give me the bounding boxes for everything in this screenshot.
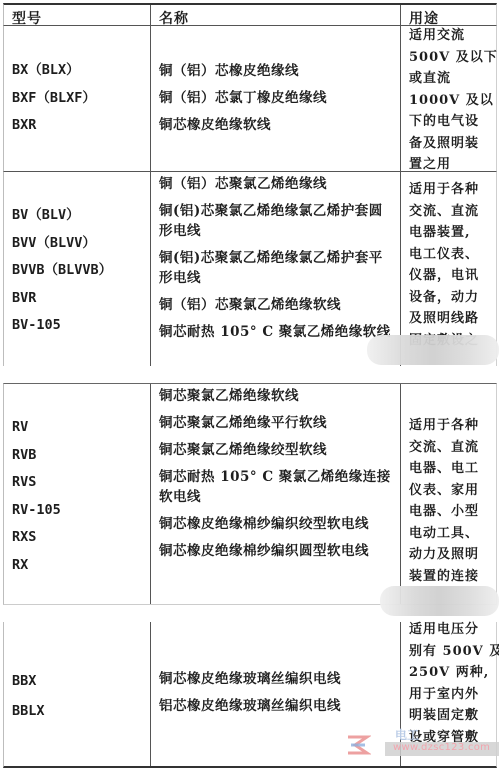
name-item: 铜(铝)芯聚氯乙烯绝缘氯乙烯护套圆形电线 bbox=[159, 201, 396, 241]
model-item: RVB bbox=[12, 442, 61, 470]
model-list: BV（BLV） BVV（BLVV） BVVB（BLVVB） BVR BV-105 bbox=[12, 202, 112, 340]
watermark-cn-text: 电工 bbox=[395, 726, 419, 743]
header-cell-model: 型号 bbox=[4, 5, 150, 25]
name-cell: 铜（铝）芯橡皮绝缘线 铜（铝）芯氯丁橡皮绝缘线 铜芯橡皮绝缘软线 bbox=[150, 26, 400, 171]
model-list: BX（BLX） BXF（BLXF） BXR bbox=[12, 57, 96, 140]
name-item: 铜（铝）芯氯丁橡皮绝缘线 bbox=[159, 88, 396, 108]
model-item: RV-105 bbox=[12, 497, 61, 525]
model-item: BXF（BLXF） bbox=[12, 85, 96, 113]
redaction-blur bbox=[380, 586, 499, 616]
model-cell: BX（BLX） BXF（BLXF） BXR bbox=[4, 26, 150, 171]
model-cell: BV（BLV） BVV（BLVV） BVVB（BLVVB） BVR BV-105 bbox=[4, 172, 150, 366]
name-item: 铜芯聚氯乙烯绝缘绞型软线 bbox=[159, 440, 396, 460]
name-item: 铝芯橡皮绝缘玻璃丝编织电线 bbox=[159, 696, 396, 716]
model-item: RVS bbox=[12, 469, 61, 497]
name-list: 铜芯橡皮绝缘玻璃丝编织电线 铝芯橡皮绝缘玻璃丝编织电线 bbox=[159, 669, 396, 723]
name-cell: 铜（铝）芯聚氯乙烯绝缘线 铜(铝)芯聚氯乙烯绝缘氯乙烯护套圆形电线 铜(铝)芯聚… bbox=[150, 172, 400, 366]
name-item: 铜（铝）芯聚氯乙烯绝缘线 bbox=[159, 174, 396, 194]
model-cell: RV RVB RVS RV-105 RXS RX bbox=[4, 384, 150, 604]
model-item: BXR bbox=[12, 112, 96, 140]
usage-cell: 适用交流 500V 及以下 或直流 1000V 及以 下的电气设 备及照明装 置… bbox=[400, 26, 496, 171]
name-item: 铜（铝）芯聚氯乙烯绝缘软线 bbox=[159, 295, 396, 315]
name-item: 铜芯耐热 105° C 聚氯乙烯绝缘连接软电线 bbox=[159, 467, 396, 507]
name-cell: 铜芯聚氯乙烯绝缘软线 铜芯聚氯乙烯绝缘平行软线 铜芯聚氯乙烯绝缘绞型软线 铜芯耐… bbox=[150, 384, 400, 604]
model-cell: BBX BBLX bbox=[4, 622, 150, 766]
model-item: RXS bbox=[12, 524, 61, 552]
watermark-url: www.dzsc123.com bbox=[393, 742, 490, 753]
model-item: RX bbox=[12, 552, 61, 580]
usage-text: 适用于各种 交流、直流 电器装置, 电工仪表、 仪器，电讯 设备，动力 及照明线… bbox=[409, 179, 494, 351]
model-list: BBX BBLX bbox=[12, 666, 45, 726]
model-item: BVVB（BLVVB） bbox=[12, 257, 112, 285]
table-row-group-rv: RV RVB RVS RV-105 RXS RX 铜芯聚氯乙烯绝缘软线 铜芯聚氯… bbox=[3, 383, 497, 605]
model-item: RV bbox=[12, 414, 61, 442]
header-cell-usage: 用途 bbox=[400, 5, 496, 25]
model-list: RV RVB RVS RV-105 RXS RX bbox=[12, 414, 61, 579]
name-item: 铜芯聚氯乙烯绝缘软线 bbox=[159, 386, 396, 406]
name-item: 铜芯橡皮绝缘棉纱编织绞型软电线 bbox=[159, 514, 396, 534]
model-item: BVV（BLVV） bbox=[12, 230, 112, 258]
name-item: 铜芯橡皮绝缘棉纱编织圆型软电线 bbox=[159, 541, 396, 561]
name-item: 铜芯耐热 105° C 聚氯乙烯绝缘软线 bbox=[159, 322, 396, 342]
usage-text: 适用电压分 别有 500V 及 250V 两种, 用于室内外 明装固定敷 设或穿… bbox=[409, 619, 494, 748]
watermark-logo-icon bbox=[345, 732, 371, 758]
model-item: BV-105 bbox=[12, 312, 112, 340]
model-item: BBLX bbox=[12, 696, 45, 726]
usage-text: 适用于各种 交流、直流 电器、电工 仪表、家用 电器、小型 电动工具、 动力及照… bbox=[409, 415, 494, 587]
name-list: 铜（铝）芯聚氯乙烯绝缘线 铜(铝)芯聚氯乙烯绝缘氯乙烯护套圆形电线 铜(铝)芯聚… bbox=[159, 174, 396, 349]
table-header-row: 型号 名称 用途 bbox=[3, 3, 497, 26]
model-item: BVR bbox=[12, 285, 112, 313]
name-list: 铜芯聚氯乙烯绝缘软线 铜芯聚氯乙烯绝缘平行软线 铜芯聚氯乙烯绝缘绞型软线 铜芯耐… bbox=[159, 386, 396, 568]
table-row-group-bx: BX（BLX） BXF（BLXF） BXR 铜（铝）芯橡皮绝缘线 铜（铝）芯氯丁… bbox=[3, 26, 497, 172]
site-watermark: 电工 www.dzsc123.com bbox=[345, 732, 499, 762]
redaction-blur bbox=[367, 335, 499, 365]
header-model-label: 型号 bbox=[12, 8, 42, 28]
usage-text: 适用交流 500V 及以下 或直流 1000V 及以 下的电气设 备及照明装 置… bbox=[409, 25, 494, 176]
name-item: 铜芯橡皮绝缘软线 bbox=[159, 115, 396, 135]
name-item: 铜(铝)芯聚氯乙烯绝缘氯乙烯护套平形电线 bbox=[159, 248, 396, 288]
model-item: BX（BLX） bbox=[12, 57, 96, 85]
name-item: 铜芯聚氯乙烯绝缘平行软线 bbox=[159, 413, 396, 433]
usage-cell: 适用于各种 交流、直流 电器、电工 仪表、家用 电器、小型 电动工具、 动力及照… bbox=[400, 384, 496, 604]
name-list: 铜（铝）芯橡皮绝缘线 铜（铝）芯氯丁橡皮绝缘线 铜芯橡皮绝缘软线 bbox=[159, 61, 396, 142]
model-item: BV（BLV） bbox=[12, 202, 112, 230]
header-name-label: 名称 bbox=[159, 8, 189, 28]
model-item: BBX bbox=[12, 666, 45, 696]
name-item: 铜（铝）芯橡皮绝缘线 bbox=[159, 61, 396, 81]
name-item: 铜芯橡皮绝缘玻璃丝编织电线 bbox=[159, 669, 396, 689]
header-cell-name: 名称 bbox=[150, 5, 400, 25]
